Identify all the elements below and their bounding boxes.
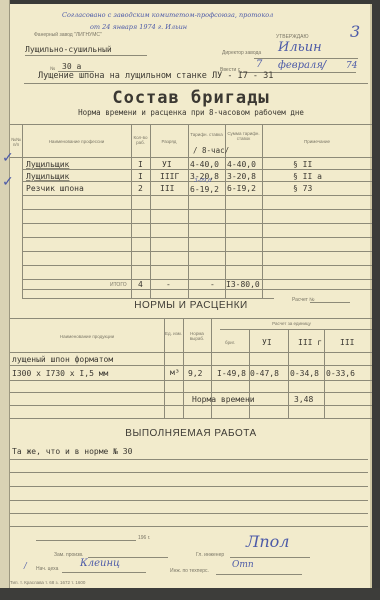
crew-row-note: § II а — [293, 172, 322, 181]
total-tariff: - — [210, 280, 215, 289]
time-norm-label: Норма времени — [192, 395, 255, 404]
product-line2: I300 x I730 x I,5 мм — [12, 369, 108, 378]
col-g6-header: УI — [262, 338, 272, 347]
deputy-label: Зам. произв. — [54, 552, 83, 558]
total-count: 4 — [138, 280, 143, 289]
crew-row-sum: 3-20,8 — [227, 172, 256, 181]
crew-row-profession: Лущильщик — [26, 160, 69, 169]
introduced-year: 74 — [346, 61, 357, 71]
crew-row-tariff: 6-19,2 — [190, 185, 219, 194]
col-g3-header: III — [340, 338, 354, 347]
total-grade: - — [166, 280, 171, 289]
rate-brig: I-49,8 — [217, 369, 246, 378]
date-line: 196 г. — [138, 535, 150, 541]
introduced-month: февраля — [278, 60, 323, 71]
col-product-header: Наименование продукции — [10, 334, 164, 339]
total-sum: I3-80,0 — [226, 280, 260, 289]
chief-engineer-signature: Лпол — [246, 532, 289, 551]
product-line1: лущеный шпон форматом — [12, 355, 113, 364]
col-g3g-header: III г — [298, 338, 322, 347]
shop-head-label: Нач. цеха — [36, 566, 58, 572]
handwritten-note-line2: от 24 января 1974 г. Ильин — [90, 23, 187, 31]
mark-slash: / — [24, 561, 27, 570]
total-label: ИТОГО — [110, 282, 127, 288]
right-background — [372, 0, 380, 600]
slash-mark: / — [322, 58, 326, 72]
chief-engineer-label: Гл. инженер — [196, 552, 224, 558]
handwritten-note-line1: Согласовано с заводским комитетом-профсо… — [62, 11, 362, 19]
crew-row-tariff: 4-40,0 — [190, 160, 219, 169]
introduced-day: 7 — [256, 59, 262, 70]
crew-row-grade: III — [160, 184, 174, 193]
rate-g6: 0-47,8 — [250, 369, 279, 378]
rate-g3: 0-33,6 — [326, 369, 355, 378]
crew-subtitle: Норма времени и расценка при 8-часовом р… — [10, 108, 372, 117]
printer-imprint: Тип. т. Краслава т. 68 з. 1672 т. 1600 — [10, 580, 85, 585]
crew-row-profession: Резчик шпона — [26, 184, 84, 193]
col-num-header: №№ п/п — [10, 137, 22, 147]
crew-row-grade: IIIГ — [160, 172, 179, 181]
crew-row-sum: 4-40,0 — [227, 160, 256, 169]
crew-row-note: § II — [293, 160, 312, 169]
crew-row-count: I — [138, 160, 143, 169]
col-rate-group-header: Расчет за единицу — [211, 321, 372, 326]
col-profession-header: Наименование профессии — [22, 139, 131, 144]
bottom-background — [0, 588, 380, 600]
checkmark-icon: ✓ — [2, 174, 14, 190]
director-signature: Ильин — [278, 40, 322, 55]
work-title: ВЫПОЛНЯЕМАЯ РАБОТА — [10, 428, 372, 439]
col-count-header: Кол-во раб. — [131, 135, 150, 145]
tech-engineer-signature: Отп — [232, 560, 254, 570]
crew-row-count: 2 — [138, 184, 143, 193]
document-page: Согласовано с заводским комитетом-профсо… — [10, 4, 372, 588]
col-unit-header: Ед. изм. — [164, 331, 183, 336]
col-norm-header: Норма выраб. — [183, 331, 211, 341]
director-label: Директор завода — [222, 50, 261, 56]
time-norm-value: 3,48 — [294, 395, 313, 404]
operation-title: Лущение шпона на лущильном станке ЛУ - I… — [38, 71, 273, 81]
work-text: Та же, что и в норме № 30 — [12, 447, 132, 456]
product-unit: м³ — [170, 368, 180, 377]
shop-head-signature: Клеинц — [80, 558, 120, 569]
page-number: 3 — [350, 22, 360, 41]
adjacent-page-strip — [0, 0, 10, 600]
norm-number: 30 а — [62, 62, 81, 71]
col-grade-header: Разряд — [150, 139, 188, 144]
col-brig-header: бриг. — [211, 340, 249, 345]
col-tariff-header: Тарифн. ставка — [188, 132, 225, 137]
tech-engineer-label: Инж. по техперс. — [170, 568, 209, 574]
product-norm: 9,2 — [188, 369, 202, 378]
crew-row-sum: 6-I9,2 — [227, 184, 256, 193]
rate-g3g: 0-34,8 — [290, 369, 319, 378]
crew-row-profession: Лущильщик — [26, 172, 69, 181]
crew-row-count: I — [138, 172, 143, 181]
tariff-hand-correction: 3-09,6 — [194, 178, 212, 184]
col-sum-header: Сумма тарифн. ставок — [225, 131, 262, 141]
crew-row-note: § 73 — [293, 184, 312, 193]
shop-name: Лущильно-сушильный — [25, 45, 112, 54]
tariff-hand-note: / 8-час/ — [193, 146, 229, 155]
checkmark-icon: ✓ — [2, 150, 14, 166]
crew-title: Состав бригады — [10, 88, 372, 108]
col-note-header: Примечание — [262, 139, 372, 144]
crew-row-grade: УI — [162, 160, 172, 169]
factory-label: Фанерный завод "ЛИГНУМС" — [34, 32, 102, 38]
norms-title: НОРМЫ И РАСЦЕНКИ — [10, 300, 372, 311]
